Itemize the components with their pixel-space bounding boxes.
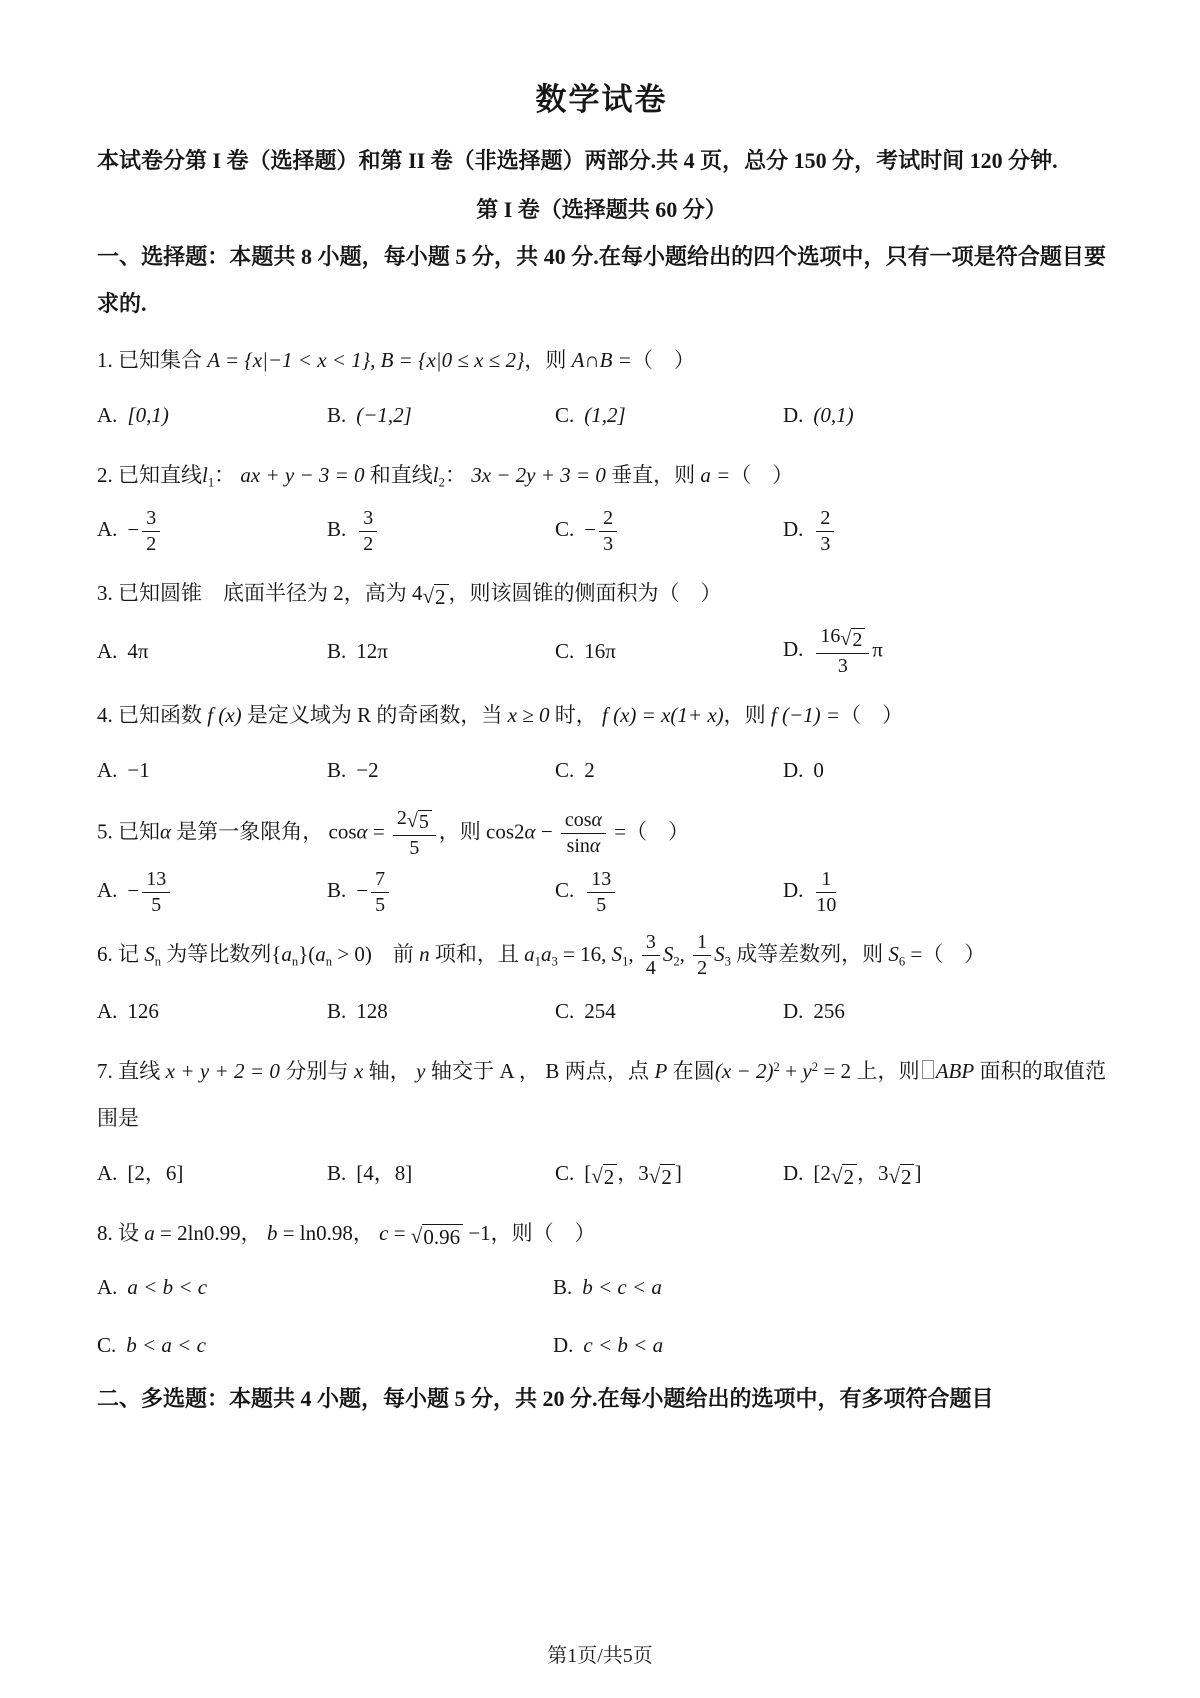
math-segment: f (−1) = [771,703,840,727]
fraction: cosαsinα [561,809,606,858]
text-segment: （ ） [730,463,793,487]
text-segment: 256 [813,999,845,1023]
script-base: S [888,942,899,966]
text-segment: }( [298,942,315,966]
text-segment: 2 [397,807,407,829]
question-5-option-c: C.135 [555,868,783,917]
text-segment: > 0) 前 [332,942,419,966]
scripted-symbol: an [281,942,298,966]
question-7-option-c: C.[√2，3√2] [555,1151,783,1195]
script-base: a [541,942,552,966]
math-segment: P [654,1059,667,1083]
fraction: 12 [693,931,711,980]
radical-sign-icon: √ [649,1165,661,1187]
radical: √0.96 [411,1224,463,1249]
text-segment: 3 [820,533,830,555]
text-segment: 2 [603,507,613,529]
text-segment: ，则该圆锥的侧面积为（ ） [449,581,722,605]
option-label: D. [783,403,803,427]
option-label: C. [555,878,574,902]
question-6-option-d: D.256 [783,989,1106,1033]
fraction: 34 [642,931,660,980]
text-segment: 在圆 [667,1059,715,1083]
section2-instructions: 二、多选题：本题共 4 小题，每小题 5 分，共 20 分.在每小题给出的选项中… [97,1375,1106,1422]
radical-sign-icon: √ [888,1165,900,1187]
script-base: S [144,942,155,966]
fraction: 23 [816,507,834,556]
option-label: A. [97,999,117,1023]
text-segment: ，则 [724,703,771,727]
text-segment: 12π [356,639,388,663]
question-8: 8. 设 a = 2ln0.99， b = ln0.98， c = √0.96 … [97,1204,1106,1367]
fraction: 32 [359,507,377,556]
question-6-options: A.126B.128C.254D.256 [97,988,1106,1034]
scripted-symbol: (x − 2)2 [715,1059,780,1083]
fraction-numerator: 13 [587,868,615,893]
option-label: B. [327,999,346,1023]
text-segment: , [680,942,691,966]
question-4-option-b: B.−2 [327,748,555,792]
text-segment: 2 [363,533,373,555]
math-segment: f (x) [207,703,241,727]
math-segment: x [354,1059,363,1083]
radical-sign-icon: √ [423,585,435,607]
text-segment: − [127,878,139,902]
text-segment: 3 [363,507,373,529]
option-label: A. [97,758,117,782]
radicand: 5 [418,810,432,834]
question-7-options: A.[2，6]B.[4，8]C.[√2，3√2]D.[2√2，3√2] [97,1150,1106,1196]
fraction-numerator: 3 [142,507,160,532]
math-segment: A∩B = [572,348,632,372]
radical-sign-icon: √ [411,1225,423,1247]
text-segment: = 16, [558,942,612,966]
text-segment: ，3 [617,1161,649,1185]
text-segment: cos [565,809,592,831]
fraction-denominator: 3 [816,654,869,678]
radicand: 2 [434,584,449,609]
question-2-option-b: B.32 [327,507,555,556]
fraction-numerator: 2 [816,507,834,532]
math-segment: α [525,819,536,843]
text-segment: 16 [820,625,840,647]
script-base: S [612,942,623,966]
fraction-denominator: 2 [693,956,711,980]
question-5-stem: 5. 已知α 是第一象限角， cosα = 2√55，则 cos2α − cos… [97,801,1106,862]
fraction-denominator: sinα [561,834,606,858]
fraction-numerator: 3 [642,931,660,956]
option-label: B. [553,1275,572,1299]
math-segment: c < b < a [583,1333,663,1357]
scripted-symbol: Sn [144,942,161,966]
text-segment: 是定义域为 R 的奇函数，当 [242,703,508,727]
text-segment: 2. 已知直线 [97,463,202,487]
math-segment: A = {x|−1 < x < 1}, B = {x|0 ≤ x ≤ 2} [207,348,524,372]
math-segment: x + y + 2 = 0 [166,1059,280,1083]
fraction-numerator: 2 [599,507,617,532]
question-3: 3. 已知圆锥 底面半径为 2，高为 4√2，则该圆锥的侧面积为（ ）A.4πB… [97,564,1106,678]
fraction-denominator: 2 [142,532,160,556]
option-label: C. [555,999,574,1023]
text-segment: − [584,517,596,541]
option-label: D. [783,999,803,1023]
text-segment: [4，8] [356,1161,412,1185]
question-2-option-d: D.23 [783,507,1106,556]
radicand: 0.96 [422,1224,463,1249]
exam-page: 数学试卷 本试卷分第 I 卷（选择题）和第 II 卷（非选择题）两部分.共 4 … [0,0,1200,1698]
math-segment: α [160,819,171,843]
scripted-symbol: S2 [663,942,680,966]
text-segment: 4. 已知函数 [97,703,207,727]
question-8-option-a: A.a < b < c [97,1265,553,1309]
text-segment: 254 [584,999,616,1023]
text-segment: π [872,637,883,661]
question-5-option-d: D.110 [783,868,1106,917]
fraction-denominator: 4 [642,956,660,980]
math-segment: a [144,1221,155,1245]
question-2: 2. 已知直线l1： ax + y − 3 = 0 和直线l2： 3x − 2y… [97,446,1106,556]
text-segment: − [356,878,368,902]
radical: √2 [831,1164,857,1189]
question-5: 5. 已知α 是第一象限角， cosα = 2√55，则 cos2α − cos… [97,801,1106,917]
scripted-symbol: a1 [524,942,541,966]
question-1-option-a: A.[0,1) [97,393,327,437]
math-segment: α [590,835,600,857]
question-2-stem: 2. 已知直线l1： ax + y − 3 = 0 和直线l2： 3x − 2y… [97,446,1106,501]
text-segment: −2 [356,758,378,782]
option-label: B. [327,639,346,663]
radical: √2 [591,1164,617,1189]
math-segment: (−1,2] [356,403,412,427]
question-8-stem: 8. 设 a = 2ln0.99， b = ln0.98， c = √0.96 … [97,1204,1106,1259]
option-label: C. [555,517,574,541]
question-4-options: A.−1B.−2C.2D.0 [97,747,1106,793]
text-segment: 轴交于 A ， B 两点，点 [426,1059,655,1083]
question-1-options: A.[0,1)B.(−1,2]C.(1,2]D.(0,1) [97,392,1106,438]
text-segment: 6. 记 [97,942,144,966]
question-1-option-d: D.(0,1) [783,393,1106,437]
text-segment: ] [914,1161,921,1185]
math-segment: α [592,809,602,831]
text-segment: 2 [901,1165,912,1189]
text-segment: 5 [419,811,429,833]
scripted-symbol: l1 [202,463,214,487]
math-segment: b < a < c [126,1333,206,1357]
fraction-denominator: 10 [816,893,836,917]
question-8-options: A.a < b < cB.b < c < aC.b < a < cD.c < b… [97,1265,1106,1367]
text-segment: =（ ） [609,819,689,843]
text-segment: ： [214,463,240,487]
radicand: 2 [603,1164,618,1189]
scripted-symbol: an [315,942,332,966]
question-1-option-c: C.(1,2] [555,393,783,437]
text-segment: 2 [604,1165,615,1189]
question-3-options: A.4πB.12πC.16πD.16√23π [97,625,1106,678]
math-segment: b < c < a [582,1275,662,1299]
text-segment: 成等差数列，则 [731,942,889,966]
radical-sign-icon: √ [831,1165,843,1187]
text-segment: 时， [550,703,603,727]
questions-list: 1. 已知集合 A = {x|−1 < x < 1}, B = {x|0 ≤ x… [97,331,1106,1367]
question-6-stem: 6. 记 Sn 为等比数列{an}(an > 0) 前 n 项和，且 a1a3 … [97,925,1106,983]
question-5-option-b: B.−75 [327,868,555,917]
option-label: D. [553,1333,573,1357]
text-segment: 16π [584,639,616,663]
page-content: 数学试卷 本试卷分第 I 卷（选择题）和第 II 卷（非选择题）两部分.共 4 … [0,0,1200,1422]
text-segment: 8. 设 [97,1221,144,1245]
math-segment: α [357,819,368,843]
text-segment: =（ ） [905,942,985,966]
fraction: 23 [599,507,617,556]
script-base: S [714,942,725,966]
text-segment: − [536,819,558,843]
math-segment: x ≥ 0 [508,703,550,727]
question-3-option-d: D.16√23π [783,625,1106,678]
text-segment: 4π [127,639,148,663]
scripted-symbol: y2 [802,1059,818,1083]
text-segment: 1 [697,931,707,953]
option-label: B. [327,403,346,427]
option-label: D. [783,1161,803,1185]
option-label: B. [327,878,346,902]
fraction-denominator: 3 [599,532,617,556]
missing-glyph-box [922,1060,934,1079]
fraction: 75 [371,868,389,917]
text-segment: 3 [646,931,656,953]
question-4-option-c: C.2 [555,748,783,792]
fraction-numerator: 7 [371,868,389,893]
text-segment: sin [567,835,590,857]
radicand: 2 [851,628,865,652]
math-segment: b [267,1221,278,1245]
text-segment: 5 [596,894,606,916]
section1-instructions: 一、选择题：本题共 8 小题，每小题 5 分，共 40 分.在每小题给出的四个选… [97,233,1106,327]
radical-sign-icon: √ [591,1165,603,1187]
question-4-option-d: D.0 [783,748,1106,792]
text-segment: = [368,819,390,843]
text-segment: , [628,942,639,966]
fraction-numerator: 3 [359,507,377,532]
option-label: A. [97,1275,117,1299]
text-segment: 5 [151,894,161,916]
option-label: B. [327,517,346,541]
text-segment: 1. 已知集合 [97,348,207,372]
text-segment: + [780,1059,803,1083]
scripted-symbol: S6 [888,942,905,966]
fraction: 135 [142,868,170,917]
fraction-numerator: cosα [561,809,606,834]
text-segment: 2 [435,585,446,609]
question-2-option-a: A.−32 [97,507,327,556]
question-8-option-d: D.c < b < a [553,1323,1106,1367]
text-segment: −1，则（ ） [463,1221,596,1245]
text-segment: 5. 已知 [97,819,160,843]
fraction-denominator: 5 [587,893,615,917]
text-segment: 5 [409,837,419,859]
radical-sign-icon: √ [407,811,418,832]
math-segment: ABP [936,1059,974,1083]
text-segment: 7. 直线 [97,1059,166,1083]
text-segment: = [388,1221,410,1245]
radicand: 2 [842,1164,857,1189]
text-segment: ，3 [857,1161,889,1185]
option-label: D. [783,758,803,782]
question-3-option-b: B.12π [327,629,555,673]
radical: √2 [840,628,865,652]
option-label: A. [97,639,117,663]
option-label: C. [555,1161,574,1185]
question-3-option-a: A.4π [97,629,327,673]
question-3-option-c: C.16π [555,629,783,673]
radicand: 2 [900,1164,915,1189]
fraction: 2√55 [393,807,436,860]
question-7-option-d: D.[2√2，3√2] [783,1151,1106,1195]
fraction-denominator: 3 [816,532,834,556]
option-label: A. [97,403,117,427]
scripted-symbol: a3 [541,942,558,966]
question-6: 6. 记 Sn 为等比数列{an}(an > 0) 前 n 项和，且 a1a3 … [97,925,1106,1035]
option-label: D. [783,878,803,902]
fraction-denominator: 5 [393,836,436,860]
math-segment: n [419,942,430,966]
question-7-option-b: B.[4，8] [327,1151,555,1195]
radical: √2 [649,1164,675,1189]
math-segment: (0,1) [813,403,853,427]
script-base: a [281,942,292,966]
option-label: B. [327,1161,346,1185]
question-6-option-a: A.126 [97,989,327,1033]
option-label: A. [97,878,117,902]
text-segment: 2 [820,507,830,529]
text-segment: 2 [661,1165,672,1189]
math-segment: a < b < c [127,1275,207,1299]
question-7: 7. 直线 x + y + 2 = 0 分别与 x 轴， y 轴交于 A ， B… [97,1042,1106,1196]
question-6-option-b: B.128 [327,989,555,1033]
script-base: y [802,1059,811,1083]
question-7-option-a: A.[2，6] [97,1151,327,1195]
question-1-option-b: B.(−1,2] [327,393,555,437]
math-segment: [0,1) [127,403,168,427]
question-1-stem: 1. 已知集合 A = {x|−1 < x < 1}, B = {x|0 ≤ x… [97,331,1106,386]
text-segment: 7 [375,868,385,890]
question-3-stem: 3. 已知圆锥 底面半径为 2，高为 4√2，则该圆锥的侧面积为（ ） [97,564,1106,619]
text-segment: 和直线 [365,463,433,487]
fraction-numerator: 13 [142,868,170,893]
scripted-symbol: S1 [612,942,629,966]
option-label: A. [97,517,117,541]
intro-paragraph: 本试卷分第 I 卷（选择题）和第 II 卷（非选择题）两部分.共 4 页，总分 … [97,137,1106,185]
fraction-denominator: 5 [371,893,389,917]
math-segment: a = [700,463,730,487]
text-segment: 3 [146,507,156,529]
fraction-numerator: 16√2 [816,625,869,654]
text-segment: 是第一象限角， cos [171,819,357,843]
text-segment: 1 [821,868,831,890]
radical: √2 [888,1164,914,1189]
question-5-option-a: A.−135 [97,868,327,917]
option-label: B. [327,758,346,782]
text-segment: 2 [697,957,707,979]
text-segment: [ [584,1161,591,1185]
text-segment: 5 [375,894,385,916]
option-label: C. [97,1333,116,1357]
text-segment: 13 [591,868,611,890]
radical: √2 [423,584,449,609]
question-4-option-a: A.−1 [97,748,327,792]
question-2-options: A.−32B.32C.−23D.23 [97,507,1106,556]
text-segment: 2 [852,629,862,651]
question-1: 1. 已知集合 A = {x|−1 < x < 1}, B = {x|0 ≤ x… [97,331,1106,438]
text-segment: 0 [813,758,824,782]
question-7-stem: 7. 直线 x + y + 2 = 0 分别与 x 轴， y 轴交于 A ， B… [97,1042,1106,1144]
fraction-numerator: 2√5 [393,807,436,836]
question-8-option-c: C.b < a < c [97,1323,553,1367]
text-segment: ： [445,463,471,487]
text-segment: 3. 已知圆锥 底面半径为 2，高为 4 [97,581,423,605]
fraction-denominator: 5 [142,893,170,917]
text-segment: 分别与 [280,1059,354,1083]
fraction: 32 [142,507,160,556]
text-segment: 3 [838,655,848,677]
script-base: S [663,942,674,966]
scripted-symbol: l2 [433,463,445,487]
fraction-denominator: 2 [359,532,377,556]
text-segment: 轴， [363,1059,416,1083]
text-segment: [2 [813,1161,831,1185]
text-segment: 为等比数列{ [161,942,281,966]
text-segment: 0.96 [423,1225,460,1249]
text-segment: （ ） [840,703,903,727]
text-segment: 3 [603,533,613,555]
question-8-option-b: B.b < c < a [553,1265,1106,1309]
text-segment: [2，6] [127,1161,183,1185]
text-segment: 128 [356,999,388,1023]
page-title: 数学试卷 [97,74,1106,119]
text-segment: − [127,517,139,541]
text-segment: 126 [127,999,159,1023]
fraction-numerator: 1 [816,868,836,893]
question-4: 4. 已知函数 f (x) 是定义域为 R 的奇函数，当 x ≥ 0 时， f … [97,686,1106,793]
option-label: D. [783,517,803,541]
section1-heading: 第 I 卷（选择题共 60 分） [97,187,1106,233]
text-segment: 垂直，则 [606,463,701,487]
radicand: 2 [660,1164,675,1189]
text-segment: ，则 cos2 [439,819,525,843]
text-segment: −1 [127,758,149,782]
radical-sign-icon: √ [840,629,851,650]
script-base: a [315,942,326,966]
text-segment: ，则 [524,348,571,372]
math-segment: ax + y − 3 = 0 [240,463,364,487]
text-segment: 13 [146,868,166,890]
text-segment: 10 [816,894,836,916]
option-label: D. [783,637,803,661]
fraction: 16√23 [816,625,869,678]
scripted-symbol: S3 [714,942,731,966]
text-segment: （ ） [632,348,695,372]
text-segment: 2 [843,1165,854,1189]
option-label: A. [97,1161,117,1185]
page-footer: 第1页/共5页 [0,1639,1200,1668]
math-segment: y [416,1059,425,1083]
script-base: a [524,942,535,966]
text-segment: = ln0.98， [277,1221,379,1245]
option-label: C. [555,758,574,782]
option-label: C. [555,403,574,427]
question-6-option-c: C.254 [555,989,783,1033]
fraction-numerator: 1 [693,931,711,956]
fraction: 135 [587,868,615,917]
